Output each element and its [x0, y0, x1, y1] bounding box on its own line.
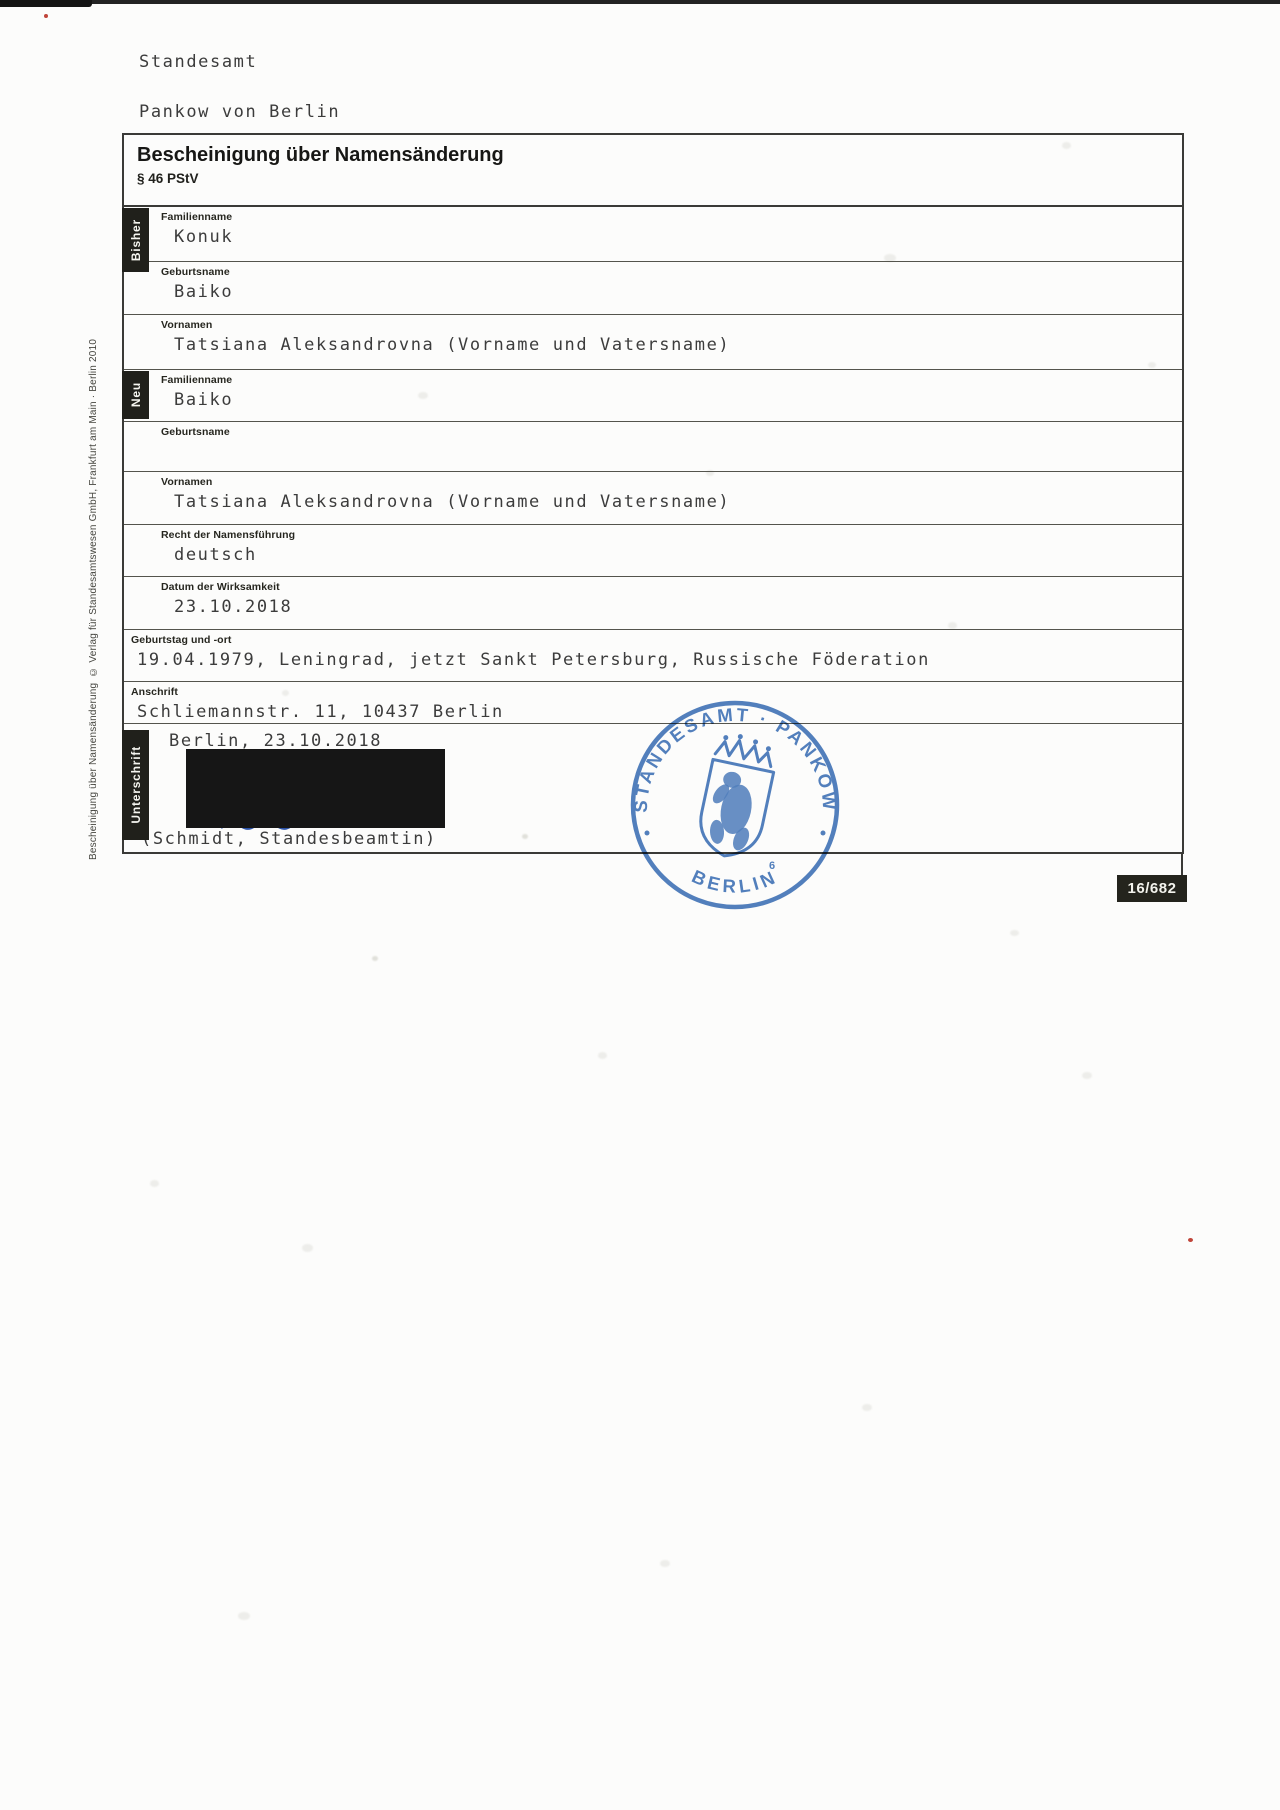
paper-speckle [1082, 1072, 1092, 1079]
tab-unterschrift-label: Unterschrift [129, 746, 143, 824]
page-number-badge: 16/682 [1117, 875, 1187, 902]
stamp-crown-dot [723, 735, 728, 740]
tab-neu: Neu [122, 371, 149, 419]
field-geburtsname-neu: Geburtsname [124, 422, 1182, 472]
field-value: Tatsiana Aleksandrovna (Vorname und Vate… [161, 492, 1182, 512]
field-value: 23.10.2018 [161, 597, 1182, 617]
field-vornamen-bisher: Vornamen Tatsiana Aleksandrovna (Vorname… [124, 315, 1182, 370]
official-stamp: STANDESAMT · PANKOW BERLIN 6 [620, 690, 850, 920]
field-value: deutsch [161, 545, 1182, 565]
signature-redaction-box [186, 749, 445, 828]
ink-speck [1188, 1238, 1193, 1242]
field-label: Geburtsname [161, 422, 1182, 438]
field-label: Familienname [161, 207, 1182, 223]
stamp-bottom-arc: BERLIN [689, 865, 782, 896]
field-label: Geburtstag und -ort [131, 630, 1182, 646]
stamp-crown-dot [766, 746, 771, 751]
field-label: Familienname [161, 370, 1182, 386]
field-label: Vornamen [161, 315, 1182, 331]
paper-speckle [372, 956, 378, 961]
stamp-crown-dot [753, 740, 758, 745]
field-label: Geburtsname [161, 262, 1182, 278]
field-value: Baiko [161, 282, 1182, 302]
form-border-extension [1181, 852, 1183, 876]
stamp-side-dot [645, 831, 650, 836]
field-value: Baiko [161, 390, 1182, 410]
stamp-small-mark: 6 [769, 860, 775, 872]
field-familienname-bisher: Familienname Konuk [124, 207, 1182, 262]
scan-edge-artifact [0, 0, 92, 7]
paper-speckle [302, 1244, 313, 1252]
field-value: Tatsiana Aleksandrovna (Vorname und Vate… [161, 335, 1182, 355]
tab-unterschrift: Unterschrift [122, 730, 149, 840]
paper-speckle [598, 1052, 607, 1059]
field-geburtstag-und-ort: Geburtstag und -ort 19.04.1979, Leningra… [124, 630, 1182, 682]
field-label: Datum der Wirksamkeit [161, 577, 1182, 593]
tab-bisher: Bisher [122, 208, 149, 272]
form-header: Bescheinigung über Namensänderung § 46 P… [124, 135, 1182, 207]
publisher-caption: Bescheinigung über Namensänderung © Verl… [88, 226, 99, 860]
field-label: Vornamen [161, 472, 1182, 488]
paper-speckle [862, 1404, 872, 1411]
field-label: Recht der Namensführung [161, 525, 1182, 541]
paper-speckle [660, 1560, 670, 1567]
field-value: Konuk [161, 227, 1182, 247]
field-vornamen-neu: Vornamen Tatsiana Aleksandrovna (Vorname… [124, 472, 1182, 525]
paper-speckle [238, 1612, 250, 1620]
scanned-document-page: Standesamt Pankow von Berlin Bescheinigu… [0, 0, 1280, 1810]
field-familienname-neu: Familienname Baiko [124, 370, 1182, 422]
field-datum-der-wirksamkeit: Datum der Wirksamkeit 23.10.2018 [124, 577, 1182, 630]
office-place: Pankow von Berlin [139, 102, 340, 122]
stamp-crown-dot [738, 734, 743, 739]
tab-bisher-label: Bisher [129, 219, 143, 261]
field-geburtsname-bisher: Geburtsname Baiko [124, 262, 1182, 315]
ink-speck [44, 14, 48, 18]
paper-speckle [1010, 930, 1019, 936]
field-recht-der-namensfuehrung: Recht der Namensführung deutsch [124, 525, 1182, 577]
form-legal-reference: § 46 PStV [137, 171, 1182, 186]
signature-place-date: Berlin, 23.10.2018 [169, 731, 382, 751]
form-title: Bescheinigung über Namensänderung [137, 144, 1182, 167]
tab-neu-label: Neu [129, 382, 143, 407]
office-name: Standesamt [139, 52, 257, 72]
paper-speckle [150, 1180, 159, 1187]
field-value: 19.04.1979, Leningrad, jetzt Sankt Peter… [131, 650, 1182, 670]
stamp-side-dot [821, 831, 826, 836]
scan-edge-artifact [0, 0, 1280, 4]
stamp-bottom-text: BERLIN [689, 865, 782, 896]
